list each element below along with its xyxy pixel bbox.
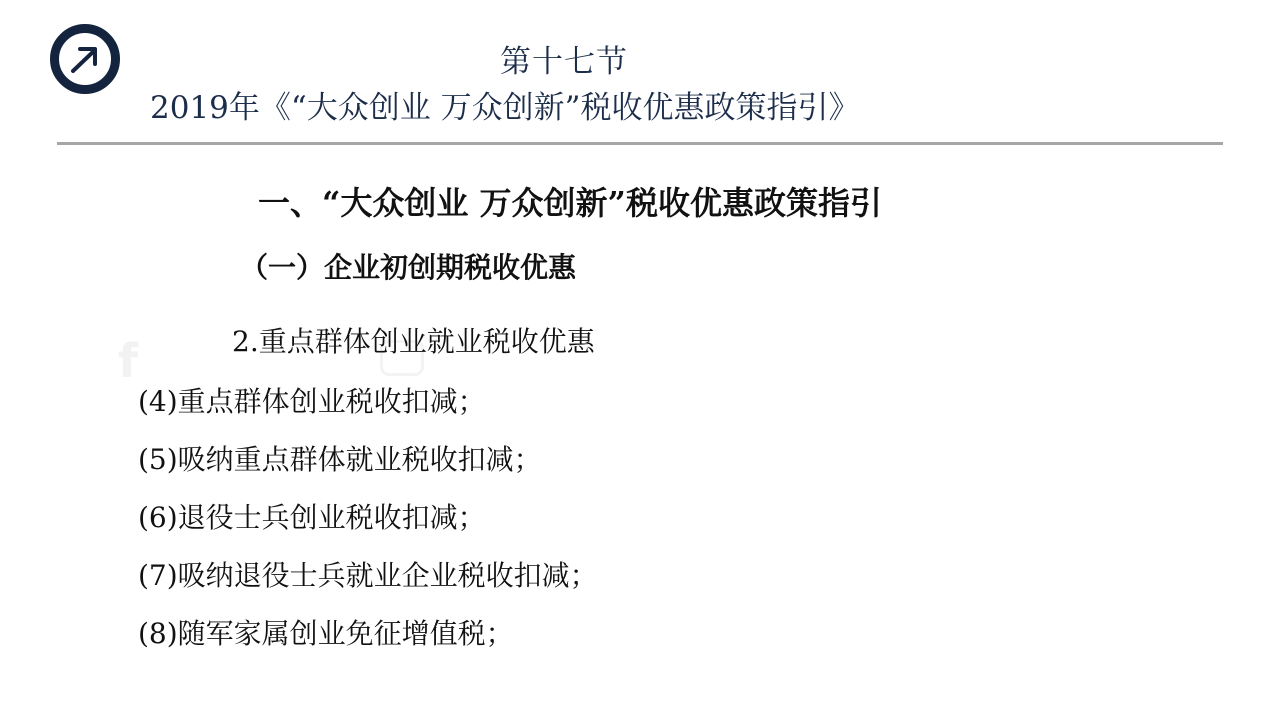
list-item: (4)重点群体创业税收扣减； <box>138 380 486 420</box>
heading-level-3: 2.重点群体创业就业税收优惠 <box>232 320 595 360</box>
section-title: 第十七节 <box>0 36 1128 81</box>
list-item: (8)随军家属创业免征增值税； <box>138 612 514 652</box>
heading-level-1: 一、“大众创业 万众创新”税收优惠政策指引 <box>258 178 882 224</box>
list-item: (5)吸纳重点群体就业税收扣减； <box>138 438 542 478</box>
heading-level-2: （一）企业初创期税收优惠 <box>240 246 576 286</box>
facebook-watermark-icon: f <box>118 334 138 388</box>
list-item: (6)退役士兵创业税收扣减； <box>138 496 486 536</box>
page-title: 2019年《“大众创业 万众创新”税收优惠政策指引》 <box>150 82 859 127</box>
list-item: (7)吸纳退役士兵就业企业税收扣减； <box>138 554 598 594</box>
header-divider <box>57 142 1223 145</box>
